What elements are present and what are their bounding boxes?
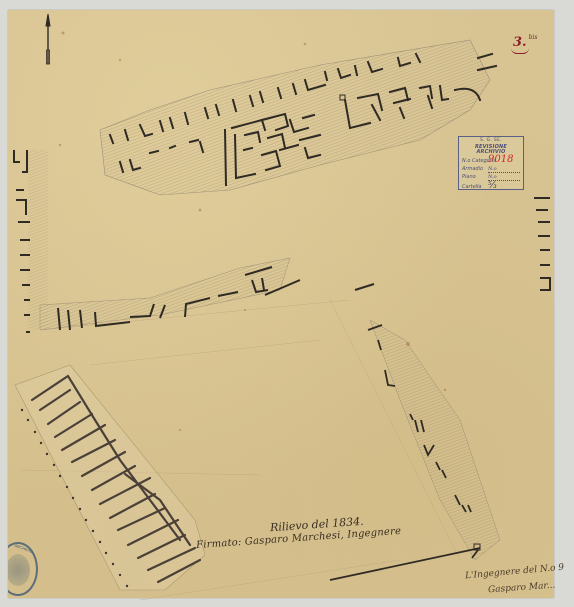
middle-terrace-wall-row	[40, 258, 374, 330]
lower-left-colonnade-building	[15, 365, 205, 590]
seal-emblem	[6, 554, 30, 586]
stamp-header-2: REVISIONE ARCHIVIO	[462, 145, 520, 155]
stamp-label: Armadio	[462, 167, 488, 172]
archive-stamp: S. G. SE. REVISIONE ARCHIVIO N.o Categor…	[458, 136, 524, 190]
sheet-number: 3.bis	[513, 34, 537, 50]
site-plan-drawing	[0, 0, 574, 607]
stamp-value-armadio: N.o	[488, 167, 520, 173]
stamp-label: Cartella	[462, 185, 488, 190]
stamp-value-categoria: 9018	[488, 157, 520, 163]
stamp-value-cartella: ⁵⁄₃	[488, 184, 520, 189]
stamp-row-cartella: Cartella ⁵⁄₃	[462, 184, 520, 190]
diagonal-hatched-ramp	[330, 320, 500, 580]
stamp-header-1: S. G. SE.	[462, 139, 520, 144]
stamp-row-categoria: N.o Categoria 9018	[462, 157, 520, 164]
stamp-label: Piano	[462, 175, 488, 180]
north-arrow-icon	[46, 14, 50, 64]
right-margin-wall-row	[534, 198, 550, 290]
sheet-number-suffix: bis	[529, 34, 538, 41]
stamp-row-armadio: Armadio N.o	[462, 167, 520, 173]
stamp-label: N.o Categoria	[462, 159, 488, 164]
upper-building-block	[100, 40, 496, 195]
